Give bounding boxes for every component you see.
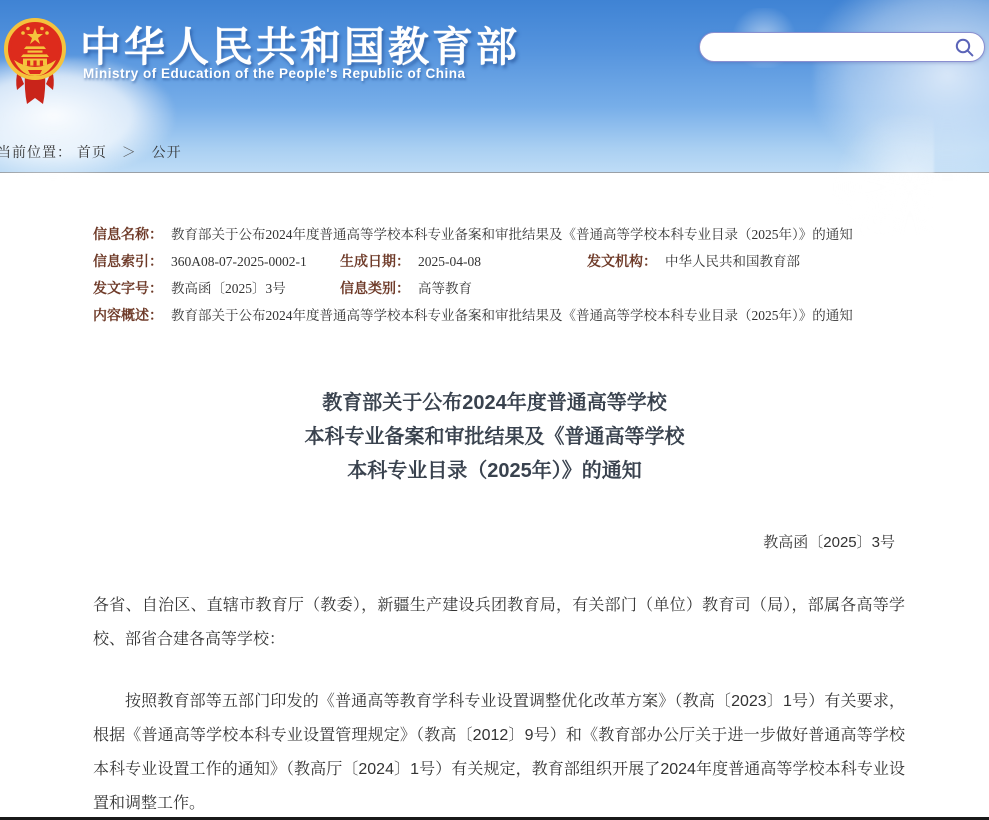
meta-value-info-name: 教育部关于公布2024年度普通高等学校本科专业备案和审批结果及《普通高等学校本科…	[171, 227, 853, 242]
breadcrumb: 当前位置： 首页 ＞ 公开	[0, 142, 182, 162]
site-subtitle: Ministry of Education of the People's Re…	[83, 66, 465, 81]
firework-decoration	[814, 115, 934, 235]
site-header: 中华人民共和国教育部 Ministry of Education of the …	[0, 0, 989, 173]
meta-value-doc-number: 教高函〔2025〕3号	[171, 281, 286, 296]
meta-label-info-index: 信息索引：	[93, 255, 163, 270]
meta-pair: 信息类别：高等教育	[340, 275, 472, 303]
document-title-line-2: 本科专业备案和审批结果及《普通高等学校	[0, 420, 989, 454]
meta-row-summary: 内容概述：教育部关于公布2024年度普通高等学校本科专业备案和审批结果及《普通高…	[93, 302, 905, 329]
meta-pair: 信息索引：360A08-07-2025-0002-1	[93, 248, 307, 276]
document-title-line-1: 教育部关于公布2024年度普通高等学校	[0, 386, 989, 420]
cloud-decoration-right	[814, 0, 989, 180]
breadcrumb-label: 当前位置：	[0, 144, 72, 160]
document-title-line-3: 本科专业目录（2025年）》的通知	[0, 454, 989, 488]
breadcrumb-link-home[interactable]: 首页	[77, 144, 107, 160]
national-emblem-icon	[4, 12, 66, 110]
body-paragraph-intro: 按照教育部等五部门印发的《普通高等教育学科专业设置调整优化改革方案》（教高〔20…	[93, 685, 905, 820]
meta-row-index-date-issuer: 信息索引：360A08-07-2025-0002-1 生成日期：2025-04-…	[93, 248, 905, 275]
meta-value-info-index: 360A08-07-2025-0002-1	[171, 254, 307, 269]
meta-label-gen-date: 生成日期：	[340, 255, 410, 270]
document-number: 教高函〔2025〕3号	[763, 531, 895, 552]
meta-pair: 发文字号：教高函〔2025〕3号	[93, 275, 286, 303]
meta-row-docnum-category: 发文字号：教高函〔2025〕3号 信息类别：高等教育	[93, 275, 905, 302]
meta-pair: 发文机构：中华人民共和国教育部	[587, 248, 800, 276]
meta-value-gen-date: 2025-04-08	[418, 254, 481, 269]
meta-pair: 信息名称：教育部关于公布2024年度普通高等学校本科专业备案和审批结果及《普通高…	[93, 221, 853, 249]
document-meta: 信息名称：教育部关于公布2024年度普通高等学校本科专业备案和审批结果及《普通高…	[93, 221, 905, 329]
meta-pair: 内容概述：教育部关于公布2024年度普通高等学校本科专业备案和审批结果及《普通高…	[93, 302, 853, 330]
meta-label-doc-number: 发文字号：	[93, 282, 163, 297]
breadcrumb-link-public[interactable]: 公开	[152, 144, 182, 160]
meta-label-summary: 内容概述：	[93, 309, 163, 324]
document-title: 教育部关于公布2024年度普通高等学校 本科专业备案和审批结果及《普通高等学校 …	[0, 386, 989, 488]
search-icon[interactable]	[954, 37, 975, 58]
meta-pair: 生成日期：2025-04-08	[340, 248, 481, 276]
search-input[interactable]	[700, 33, 984, 61]
site-title: 中华人民共和国教育部	[80, 14, 520, 73]
page: 中华人民共和国教育部 Ministry of Education of the …	[0, 0, 989, 820]
breadcrumb-separator: ＞	[122, 144, 137, 160]
meta-label-info-category: 信息类别：	[340, 282, 410, 297]
meta-label-info-name: 信息名称：	[93, 228, 163, 243]
meta-value-issuer: 中华人民共和国教育部	[665, 254, 800, 269]
meta-value-summary: 教育部关于公布2024年度普通高等学校本科专业备案和审批结果及《普通高等学校本科…	[171, 308, 853, 323]
search-box[interactable]	[699, 32, 985, 62]
meta-row-info-name: 信息名称：教育部关于公布2024年度普通高等学校本科专业备案和审批结果及《普通高…	[93, 221, 905, 248]
meta-label-issuer: 发文机构：	[587, 255, 657, 270]
meta-value-info-category: 高等教育	[418, 281, 472, 296]
body-paragraph-recipients: 各省、自治区、直辖市教育厅（教委），新疆生产建设兵团教育局，有关部门（单位）教育…	[93, 589, 905, 657]
